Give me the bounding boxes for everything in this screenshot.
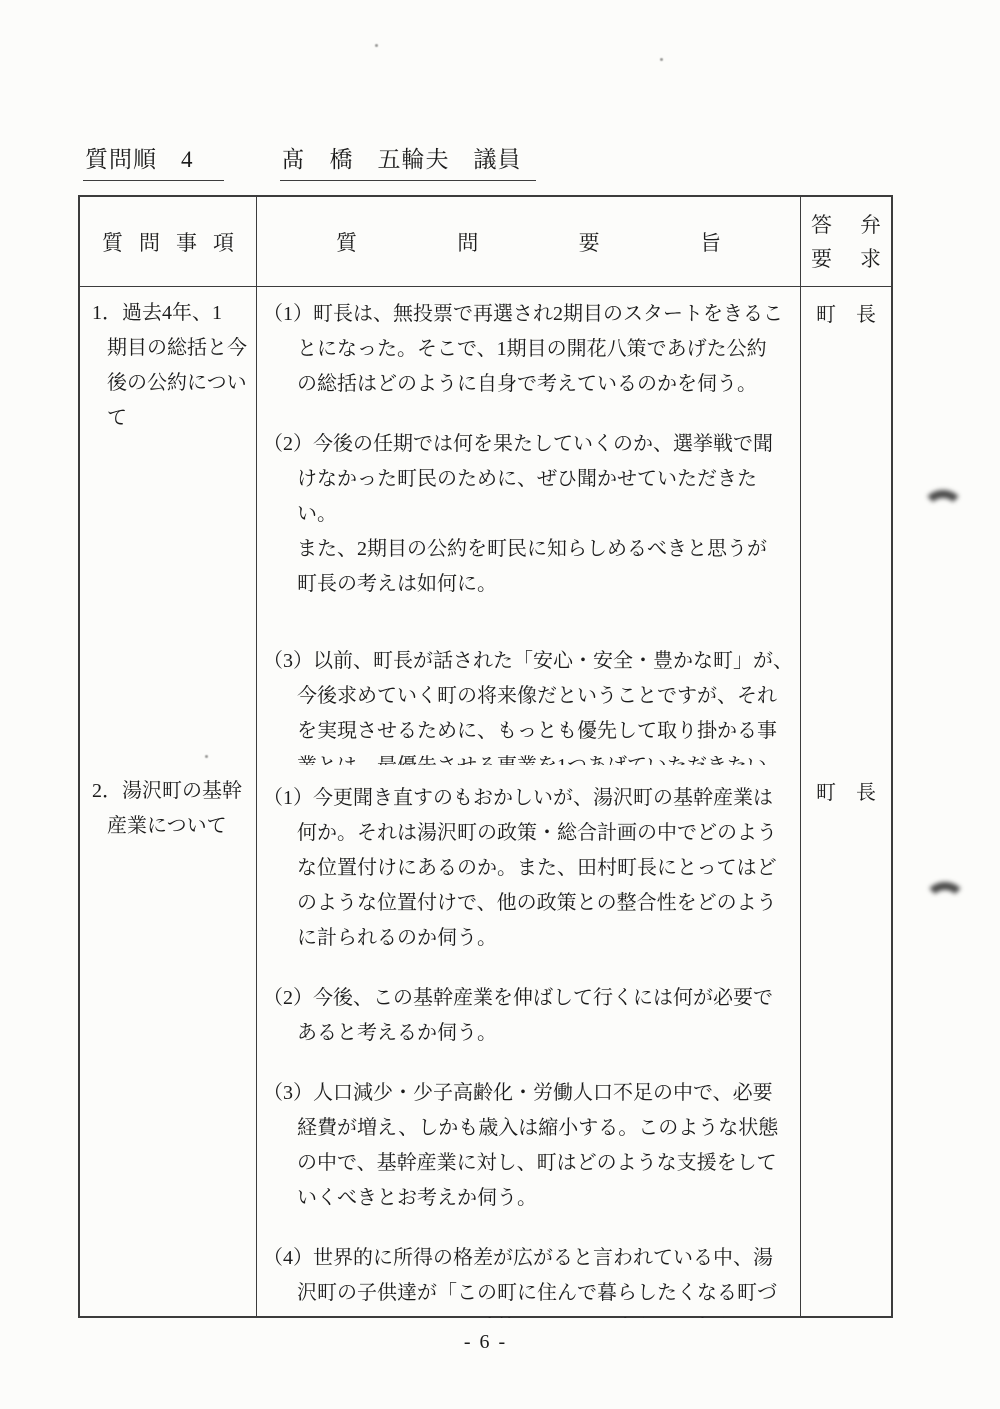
page-title: 質問順 4髙 橋 五輪夫 議員 [83,141,536,181]
question-item-1: 1．過去4年、1 期目の総括と今 後の公約につい て [80,287,257,765]
question-paragraph: （1）今更聞き直すのもおかしいが、湯沢町の基幹産業は 何か。それは湯沢町の政策・… [257,781,798,956]
header-char: 事 [176,227,197,257]
table-row: 2．湯沢町の基幹 産業について （1）今更聞き直すのもおかしいが、湯沢町の基幹産… [80,765,891,1318]
question-paragraph: （3）人口減少・少子高齢化・労働人口不足の中で、必要 経費が増え、しかも歳入は縮… [257,1076,798,1216]
header-char: 答 [811,208,832,242]
question-paragraph: （1）町長は、無投票で再選され2期目のスタートをきるこ とになった。そこで、1期… [257,297,798,402]
header-char: 旨 [700,227,721,257]
table-row: 1．過去4年、1 期目の総括と今 後の公約につい て （1）町長は、無投票で再選… [80,287,891,765]
question-item-2: 2．湯沢町の基幹 産業について [80,765,257,1318]
header-char: 質 [336,227,357,257]
header-question-item-text: 質 問 事 項 [102,227,234,257]
scan-speck [375,44,378,47]
question-paragraph: （2）今後、この基幹産業を伸ばして行くには何が必要で あると考えるか伺う。 [257,981,798,1051]
header-answer-request: 答 弁 要 求 [800,197,891,286]
member-name: 髙 橋 五輪夫 議員 [280,141,536,181]
answer-target-1: 町 長 [800,287,891,765]
answer-target-2: 町 長 [800,765,891,1318]
document-page: 質問順 4髙 橋 五輪夫 議員 質 問 事 項 質 問 要 旨 [0,0,1000,1409]
header-answer-line2: 要 求 [811,242,881,276]
question-order-label: 質問順 4 [83,141,224,181]
header-answer-line1: 答 弁 [811,208,881,242]
page-number: - 6 - [78,1331,893,1354]
header-question-summary: 質 問 要 旨 [257,197,800,286]
header-char: 求 [860,242,881,276]
question-summary-2: （1）今更聞き直すのもおかしいが、湯沢町の基幹産業は 何か。それは湯沢町の政策・… [257,765,800,1318]
question-paragraph: （4）世界的に所得の格差が広がると言われている中、湯 沢町の子供達が「この町に住… [257,1241,798,1318]
scan-speck [205,755,208,758]
header-char: 弁 [860,208,881,242]
question-table: 質 問 事 項 質 問 要 旨 答 弁 [78,195,893,1318]
question-summary-1: （1）町長は、無投票で再選され2期目のスタートをきるこ とになった。そこで、1期… [257,287,800,765]
question-paragraph: （2）今後の任期では何を果たしていくのか、選挙戦で聞 けなかった町民のために、ぜ… [257,427,798,602]
punch-hole-shadow [923,882,967,924]
header-char: 問 [457,227,478,257]
header-char: 項 [213,227,234,257]
table-header-row: 質 問 事 項 質 問 要 旨 答 弁 [80,197,891,287]
question-paragraph: （3）以前、町長が話された「安心・安全・豊かな町」が、 今後求めていく町の将来像… [257,644,798,765]
scan-speck [660,58,663,61]
header-question-item: 質 問 事 項 [80,197,257,286]
header-char: 要 [811,242,832,276]
header-question-summary-text: 質 問 要 旨 [336,227,721,257]
header-char: 問 [139,227,160,257]
header-char: 質 [102,227,123,257]
header-char: 要 [579,227,600,257]
punch-hole-shadow [921,490,965,532]
